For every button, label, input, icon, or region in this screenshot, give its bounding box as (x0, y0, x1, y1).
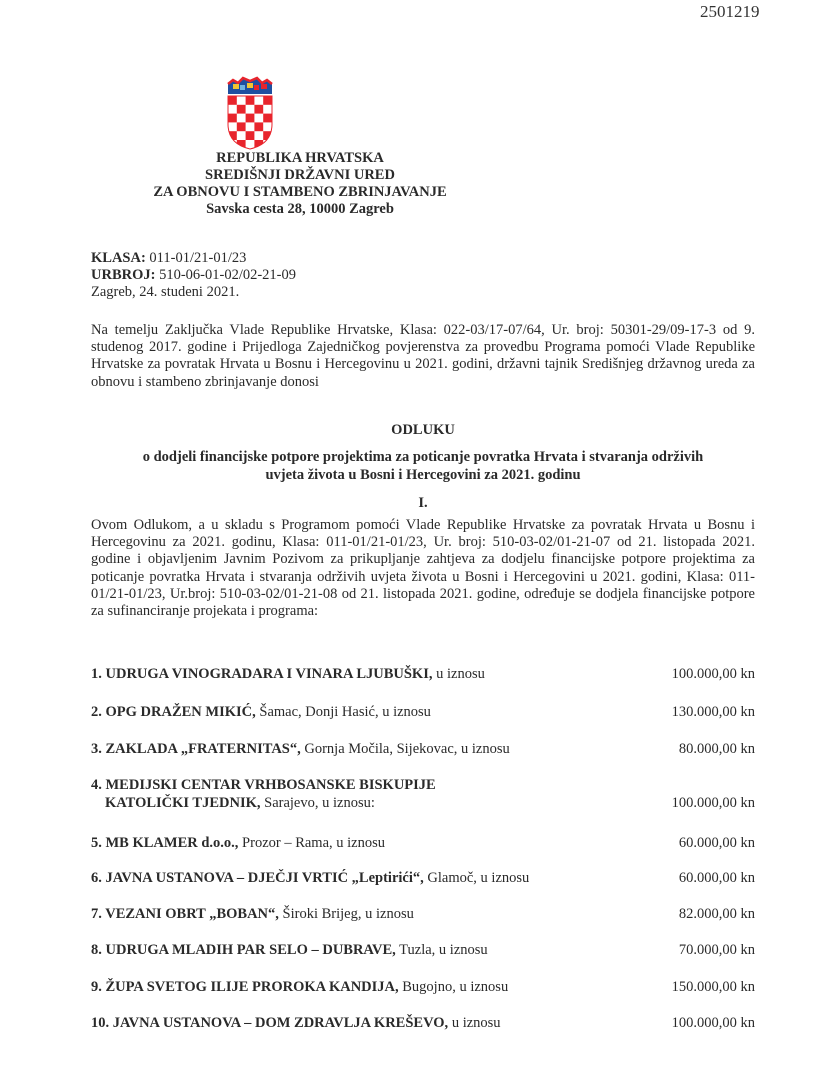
document-number: 2501219 (700, 2, 760, 22)
grant-recipient: 8. UDRUGA MLADIH PAR SELO – DUBRAVE, (91, 942, 396, 958)
decision-title: ODLUKU (91, 422, 755, 439)
grant-amount: 80.000,00 kn (679, 741, 755, 759)
decision-subtitle: o dodjeli financijske potpore projektima… (91, 449, 755, 484)
header-address: Savska cesta 28, 10000 Zagreb (100, 201, 500, 218)
grant-location: Glamoč, u iznosu (424, 870, 530, 886)
grant-item: 8. UDRUGA MLADIH PAR SELO – DUBRAVE, Tuz… (91, 942, 755, 960)
klasa-value: 011-01/21-01/23 (146, 250, 247, 266)
grant-amount: 60.000,00 kn (679, 870, 755, 888)
grant-location: Bugojno, u iznosu (399, 979, 509, 995)
grant-recipient: 3. ZAKLADA „FRATERNITAS“, (91, 741, 301, 757)
grant-item: 1. UDRUGA VINOGRADARA I VINARA LJUBUŠKI,… (91, 666, 755, 684)
grant-recipient-cont: KATOLIČKI TJEDNIK, (105, 795, 261, 811)
header-office: SREDIŠNJI DRŽAVNI URED (100, 167, 500, 184)
grant-amount: 150.000,00 kn (672, 979, 755, 997)
grant-recipient: 10. JAVNA USTANOVA – DOM ZDRAVLJA KREŠEV… (91, 1015, 448, 1031)
body-paragraph: Ovom Odlukom, a u skladu s Programom pom… (91, 517, 755, 620)
grant-location: Sarajevo, u iznosu: (261, 795, 375, 811)
grant-recipient: 1. UDRUGA VINOGRADARA I VINARA LJUBUŠKI, (91, 666, 432, 682)
grant-amount: 70.000,00 kn (679, 942, 755, 960)
klasa-label: KLASA: (91, 250, 146, 266)
urbroj-label: URBROJ: (91, 267, 155, 283)
grant-item: 2. OPG DRAŽEN MIKIĆ, Šamac, Donji Hasić,… (91, 704, 755, 722)
grant-item: 7. VEZANI OBRT „BOBAN“, Široki Brijeg, u… (91, 906, 755, 924)
grant-amount: 130.000,00 kn (672, 704, 755, 722)
grant-item: 5. MB KLAMER d.o.o., Prozor – Rama, u iz… (91, 835, 755, 853)
grant-recipient: 2. OPG DRAŽEN MIKIĆ, (91, 704, 256, 720)
crown-icon (228, 78, 272, 94)
grant-amount: 100.000,00 kn (672, 1015, 755, 1033)
header-office-scope: ZA OBNOVU I STAMBENO ZBRINJAVANJE (100, 184, 500, 201)
grant-item: 4. MEDIJSKI CENTAR VRHBOSANSKE BISKUPIJE… (91, 777, 755, 812)
reference-block: KLASA: 011-01/21-01/23 URBROJ: 510-06-01… (91, 250, 296, 301)
grant-recipient: 4. MEDIJSKI CENTAR VRHBOSANSKE BISKUPIJE (91, 777, 436, 793)
grant-amount: 100.000,00 kn (672, 795, 755, 813)
grant-location: Gornja Močila, Sijekovac, u iznosu (301, 741, 510, 757)
grant-location: u iznosu (448, 1015, 500, 1031)
subtitle-line-1: o dodjeli financijske potpore projektima… (91, 449, 755, 467)
grant-recipient: 5. MB KLAMER d.o.o., (91, 835, 238, 851)
urbroj-value: 510-06-01-02/02-21-09 (155, 267, 296, 283)
grant-amount: 60.000,00 kn (679, 835, 755, 853)
grant-item: 6. JAVNA USTANOVA – DJEČJI VRTIĆ „Leptir… (91, 870, 755, 888)
grant-location: Šamac, Donji Hasić, u iznosu (256, 704, 431, 720)
header-republic: REPUBLIKA HRVATSKA (100, 150, 500, 167)
intro-paragraph: Na temelju Zaključka Vlade Republike Hrv… (91, 322, 755, 391)
section-number: I. (91, 495, 755, 512)
issuer-header: REPUBLIKA HRVATSKA SREDIŠNJI DRŽAVNI URE… (100, 150, 500, 218)
grant-location: Široki Brijeg, u iznosu (279, 906, 414, 922)
grant-recipient: 9. ŽUPA SVETOG ILIJE PROROKA KANDIJA, (91, 979, 399, 995)
grant-location: Prozor – Rama, u iznosu (238, 835, 385, 851)
grant-location: Tuzla, u iznosu (396, 942, 488, 958)
grant-amount: 82.000,00 kn (679, 906, 755, 924)
grant-recipient: 6. JAVNA USTANOVA – DJEČJI VRTIĆ „Leptir… (91, 870, 424, 886)
croatian-coat-of-arms-icon (224, 72, 276, 150)
subtitle-line-2: uvjeta života u Bosni i Hercegovini za 2… (91, 467, 755, 485)
place-date: Zagreb, 24. studeni 2021. (91, 284, 296, 301)
grant-item: 10. JAVNA USTANOVA – DOM ZDRAVLJA KREŠEV… (91, 1015, 755, 1033)
grant-amount: 100.000,00 kn (672, 666, 755, 684)
grant-location: u iznosu (432, 666, 484, 682)
grant-recipient: 7. VEZANI OBRT „BOBAN“, (91, 906, 279, 922)
grant-item: 3. ZAKLADA „FRATERNITAS“, Gornja Močila,… (91, 741, 755, 759)
grant-item: 9. ŽUPA SVETOG ILIJE PROROKA KANDIJA, Bu… (91, 979, 755, 997)
